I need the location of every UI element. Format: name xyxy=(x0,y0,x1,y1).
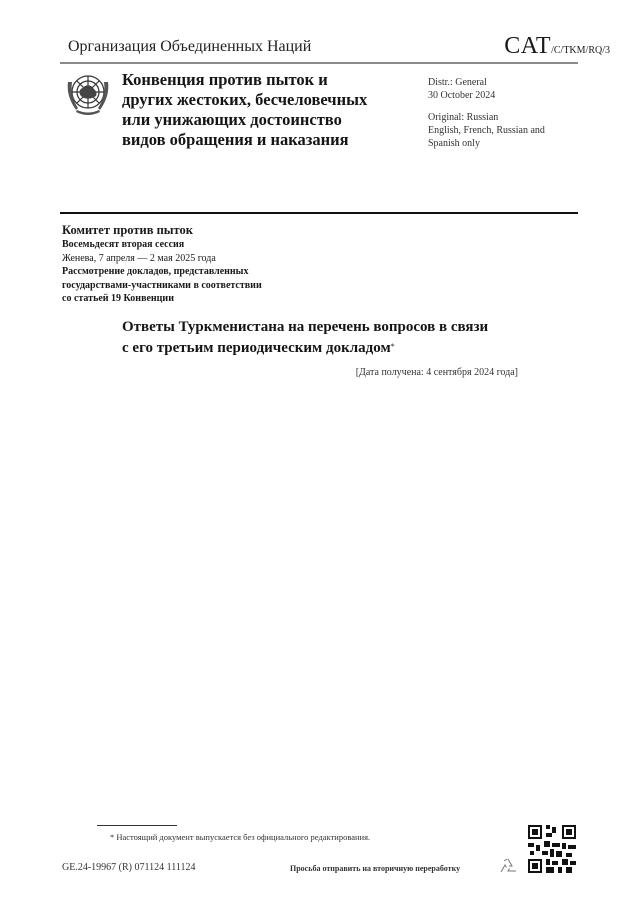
agenda-item: государствами-участниками в соответствии xyxy=(62,279,262,293)
languages-line: English, French, Russian and xyxy=(428,124,545,137)
session-dates: Женева, 7 апреля — 2 мая 2025 года xyxy=(62,252,262,266)
committee-block: Комитет против пыток Восемьдесят вторая … xyxy=(62,222,262,306)
section-rule xyxy=(60,212,578,214)
symbol-suffix: /C/TKM/RQ/3 xyxy=(551,45,610,56)
convention-title: Конвенция против пыток и других жестоких… xyxy=(122,70,422,150)
committee-title: Комитет против пыток xyxy=(62,222,262,238)
organization-name: Организация Объединенных Наций xyxy=(68,38,311,56)
distribution-type: Distr.: General xyxy=(428,76,545,89)
convention-title-line: видов обращения и наказания xyxy=(122,130,422,150)
document-title: Ответы Туркменистана на перечень вопросо… xyxy=(122,318,532,358)
qr-code-icon xyxy=(526,823,578,875)
header-rule xyxy=(60,62,578,64)
footnote-rule xyxy=(97,825,177,826)
recycle-icon xyxy=(498,857,518,877)
job-number: GE.24-19967 (R) 071124 111124 xyxy=(62,862,196,873)
convention-title-line: или унижающих достоинство xyxy=(122,110,422,130)
convention-title-line: других жестоких, бесчеловечных xyxy=(122,90,422,110)
languages-line: Spanish only xyxy=(428,137,545,150)
footnote-text: * Настоящий документ выпускается без офи… xyxy=(110,832,370,842)
document-title-line: с его третьим периодическим докладом xyxy=(122,340,391,356)
symbol-main: CAT xyxy=(504,33,551,59)
footnote-marker[interactable]: * xyxy=(391,342,395,351)
document-date: 30 October 2024 xyxy=(428,89,545,102)
document-title-line: Ответы Туркменистана на перечень вопросо… xyxy=(122,318,532,337)
agenda-item: со статьей 19 Конвенции xyxy=(62,292,262,306)
original-language: Original: Russian xyxy=(428,111,545,124)
distribution-block: Distr.: General 30 October 2024 Original… xyxy=(428,76,545,150)
agenda-item: Рассмотрение докладов, представленных xyxy=(62,265,262,279)
session-name: Восемьдесят вторая сессия xyxy=(62,238,262,252)
convention-title-line: Конвенция против пыток и xyxy=(122,70,422,90)
document-symbol: CAT/C/TKM/RQ/3 xyxy=(504,33,610,60)
un-emblem-icon xyxy=(62,68,114,120)
recycle-text: Просьба отправить на вторичную переработ… xyxy=(290,864,460,873)
date-received: [Дата получена: 4 сентября 2024 года] xyxy=(356,367,518,378)
